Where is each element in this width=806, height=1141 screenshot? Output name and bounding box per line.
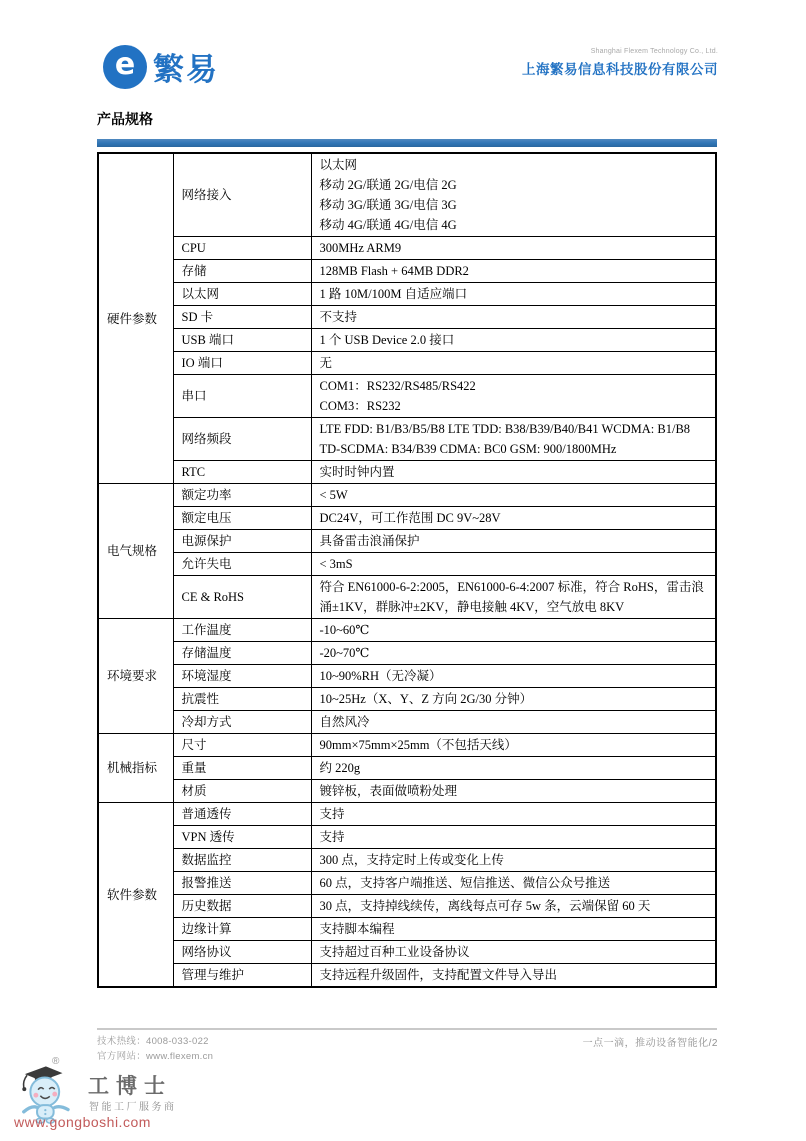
- table-row: 以太网1 路 10M/100M 自适应端口: [98, 283, 716, 306]
- spec-label-cell: 以太网: [173, 283, 311, 306]
- spec-value-cell: 符合 EN61000-6-2:2005，EN61000-6-4:2007 标准，…: [311, 576, 716, 619]
- spec-label-cell: 重量: [173, 757, 311, 780]
- spec-value-cell: LTE FDD: B1/B3/B5/B8 LTE TDD: B38/B39/B4…: [311, 418, 716, 461]
- table-row: 历史数据30 点，支持掉线续传，离线每点可存 5w 条，云端保留 60 天: [98, 895, 716, 918]
- footer-contact: 技术热线：4008-033-022 官方网站：www.flexem.cn: [97, 1034, 213, 1064]
- spec-table-body: 硬件参数网络接入以太网 移动 2G/联通 2G/电信 2G 移动 3G/联通 3…: [98, 153, 716, 987]
- spec-value-cell: 10~25Hz（X、Y、Z 方向 2G/30 分钟）: [311, 688, 716, 711]
- spec-value-cell: 以太网 移动 2G/联通 2G/电信 2G 移动 3G/联通 3G/电信 3G …: [311, 153, 716, 237]
- table-row: 环境要求工作温度-10~60℃: [98, 619, 716, 642]
- spec-label-cell: RTC: [173, 461, 311, 484]
- table-row: 软件参数普通透传支持: [98, 803, 716, 826]
- table-row: 管理与维护支持远程升级固件，支持配置文件导入导出: [98, 964, 716, 988]
- footer-divider: [97, 1028, 717, 1030]
- table-row: IO 端口无: [98, 352, 716, 375]
- table-row: 环境湿度10~90%RH（无冷凝）: [98, 665, 716, 688]
- table-row: 硬件参数网络接入以太网 移动 2G/联通 2G/电信 2G 移动 3G/联通 3…: [98, 153, 716, 237]
- spec-value-cell: 128MB Flash + 64MB DDR2: [311, 260, 716, 283]
- flexem-logo-icon: e: [103, 45, 147, 89]
- table-row: CE & RoHS符合 EN61000-6-2:2005，EN61000-6-4…: [98, 576, 716, 619]
- spec-value-cell: 支持: [311, 826, 716, 849]
- table-row: SD 卡不支持: [98, 306, 716, 329]
- spec-label-cell: 工作温度: [173, 619, 311, 642]
- spec-value-cell: 1 个 USB Device 2.0 接口: [311, 329, 716, 352]
- spec-value-cell: 90mm×75mm×25mm（不包括天线）: [311, 734, 716, 757]
- gongboshi-url: www.gongboshi.com: [14, 1114, 151, 1130]
- spec-value-cell: 300 点，支持定时上传或变化上传: [311, 849, 716, 872]
- spec-value-cell: -10~60℃: [311, 619, 716, 642]
- footer-slogan: 一点一滴，推动设备智能化/2: [583, 1034, 718, 1049]
- spec-label-cell: 冷却方式: [173, 711, 311, 734]
- logo-wordmark: 繁易: [153, 44, 219, 89]
- spec-label-cell: 抗震性: [173, 688, 311, 711]
- spec-table: 硬件参数网络接入以太网 移动 2G/联通 2G/电信 2G 移动 3G/联通 3…: [97, 152, 717, 988]
- spec-value-cell: 镀锌板，表面做喷粉处理: [311, 780, 716, 803]
- spec-value-cell: 实时时钟内置: [311, 461, 716, 484]
- table-row: CPU300MHz ARM9: [98, 237, 716, 260]
- spec-label-cell: 存储温度: [173, 642, 311, 665]
- spec-label-cell: 报警推送: [173, 872, 311, 895]
- spec-value-cell: 具备雷击浪涌保护: [311, 530, 716, 553]
- table-row: 报警推送60 点，支持客户端推送、短信推送、微信公众号推送: [98, 872, 716, 895]
- spec-label-cell: 环境湿度: [173, 665, 311, 688]
- section-header-cell: 软件参数: [98, 803, 173, 988]
- spec-value-cell: 支持脚本编程: [311, 918, 716, 941]
- spec-value-cell: 支持: [311, 803, 716, 826]
- table-row: 抗震性10~25Hz（X、Y、Z 方向 2G/30 分钟）: [98, 688, 716, 711]
- section-header-cell: 硬件参数: [98, 153, 173, 484]
- spec-label-cell: 额定电压: [173, 507, 311, 530]
- table-row: VPN 透传支持: [98, 826, 716, 849]
- section-header-cell: 环境要求: [98, 619, 173, 734]
- spec-label-cell: 允许失电: [173, 553, 311, 576]
- page-title: 产品规格: [97, 109, 153, 129]
- table-row: 存储温度-20~70℃: [98, 642, 716, 665]
- spec-label-cell: VPN 透传: [173, 826, 311, 849]
- spec-label-cell: 边缘计算: [173, 918, 311, 941]
- section-header-cell: 电气规格: [98, 484, 173, 619]
- footer-website: 官方网站：www.flexem.cn: [97, 1049, 213, 1064]
- company-name-en: Shanghai Flexem Technology Co., Ltd.: [522, 48, 718, 55]
- table-row: 数据监控300 点，支持定时上传或变化上传: [98, 849, 716, 872]
- company-block: Shanghai Flexem Technology Co., Ltd. 上海繁…: [522, 48, 718, 78]
- table-row: 电气规格额定功率< 5W: [98, 484, 716, 507]
- spec-label-cell: USB 端口: [173, 329, 311, 352]
- table-row: 网络协议支持超过百种工业设备协议: [98, 941, 716, 964]
- page-header: e 繁易 Shanghai Flexem Technology Co., Ltd…: [97, 40, 718, 98]
- table-row: 允许失电< 3mS: [98, 553, 716, 576]
- spec-value-cell: 不支持: [311, 306, 716, 329]
- table-row: 串口COM1：RS232/RS485/RS422 COM3：RS232: [98, 375, 716, 418]
- footer-hotline: 技术热线：4008-033-022: [97, 1034, 213, 1049]
- spec-label-cell: 网络接入: [173, 153, 311, 237]
- spec-value-cell: < 5W: [311, 484, 716, 507]
- spec-value-cell: DC24V，可工作范围 DC 9V~28V: [311, 507, 716, 530]
- table-row: 机械指标尺寸90mm×75mm×25mm（不包括天线）: [98, 734, 716, 757]
- spec-value-cell: 约 220g: [311, 757, 716, 780]
- table-row: 冷却方式自然风冷: [98, 711, 716, 734]
- spec-label-cell: 材质: [173, 780, 311, 803]
- table-row: 重量约 220g: [98, 757, 716, 780]
- spec-value-cell: < 3mS: [311, 553, 716, 576]
- table-row: USB 端口1 个 USB Device 2.0 接口: [98, 329, 716, 352]
- title-accent-bar: [97, 139, 717, 147]
- gongboshi-tagline: 智能工厂服务商: [89, 1098, 177, 1113]
- spec-label-cell: 网络频段: [173, 418, 311, 461]
- gongboshi-brand: 工博士: [88, 1070, 172, 1100]
- table-row: 存储128MB Flash + 64MB DDR2: [98, 260, 716, 283]
- spec-label-cell: IO 端口: [173, 352, 311, 375]
- section-header-cell: 机械指标: [98, 734, 173, 803]
- spec-label-cell: 管理与维护: [173, 964, 311, 988]
- spec-value-cell: -20~70℃: [311, 642, 716, 665]
- spec-label-cell: 历史数据: [173, 895, 311, 918]
- spec-label-cell: 串口: [173, 375, 311, 418]
- spec-label-cell: CPU: [173, 237, 311, 260]
- spec-value-cell: 支持远程升级固件，支持配置文件导入导出: [311, 964, 716, 988]
- flexem-logo: e 繁易: [103, 44, 219, 89]
- table-row: RTC实时时钟内置: [98, 461, 716, 484]
- spec-value-cell: 自然风冷: [311, 711, 716, 734]
- table-row: 材质镀锌板，表面做喷粉处理: [98, 780, 716, 803]
- spec-label-cell: CE & RoHS: [173, 576, 311, 619]
- spec-value-cell: 30 点，支持掉线续传，离线每点可存 5w 条，云端保留 60 天: [311, 895, 716, 918]
- spec-label-cell: 额定功率: [173, 484, 311, 507]
- table-row: 电源保护具备雷击浪涌保护: [98, 530, 716, 553]
- spec-value-cell: 60 点，支持客户端推送、短信推送、微信公众号推送: [311, 872, 716, 895]
- document-page: { "colors": { "accent_blue": "#2e74b5", …: [0, 0, 806, 1141]
- spec-label-cell: 尺寸: [173, 734, 311, 757]
- company-name-cn: 上海繁易信息科技股份有限公司: [522, 58, 718, 78]
- spec-value-cell: 1 路 10M/100M 自适应端口: [311, 283, 716, 306]
- spec-label-cell: 普通透传: [173, 803, 311, 826]
- spec-label-cell: SD 卡: [173, 306, 311, 329]
- spec-label-cell: 数据监控: [173, 849, 311, 872]
- spec-label-cell: 电源保护: [173, 530, 311, 553]
- spec-label-cell: 网络协议: [173, 941, 311, 964]
- logo-mark-letter: e: [115, 50, 135, 80]
- table-row: 额定电压DC24V，可工作范围 DC 9V~28V: [98, 507, 716, 530]
- spec-value-cell: 300MHz ARM9: [311, 237, 716, 260]
- spec-value-cell: 支持超过百种工业设备协议: [311, 941, 716, 964]
- spec-value-cell: 无: [311, 352, 716, 375]
- spec-value-cell: COM1：RS232/RS485/RS422 COM3：RS232: [311, 375, 716, 418]
- spec-value-cell: 10~90%RH（无冷凝）: [311, 665, 716, 688]
- table-row: 网络频段LTE FDD: B1/B3/B5/B8 LTE TDD: B38/B3…: [98, 418, 716, 461]
- table-row: 边缘计算支持脚本编程: [98, 918, 716, 941]
- spec-label-cell: 存储: [173, 260, 311, 283]
